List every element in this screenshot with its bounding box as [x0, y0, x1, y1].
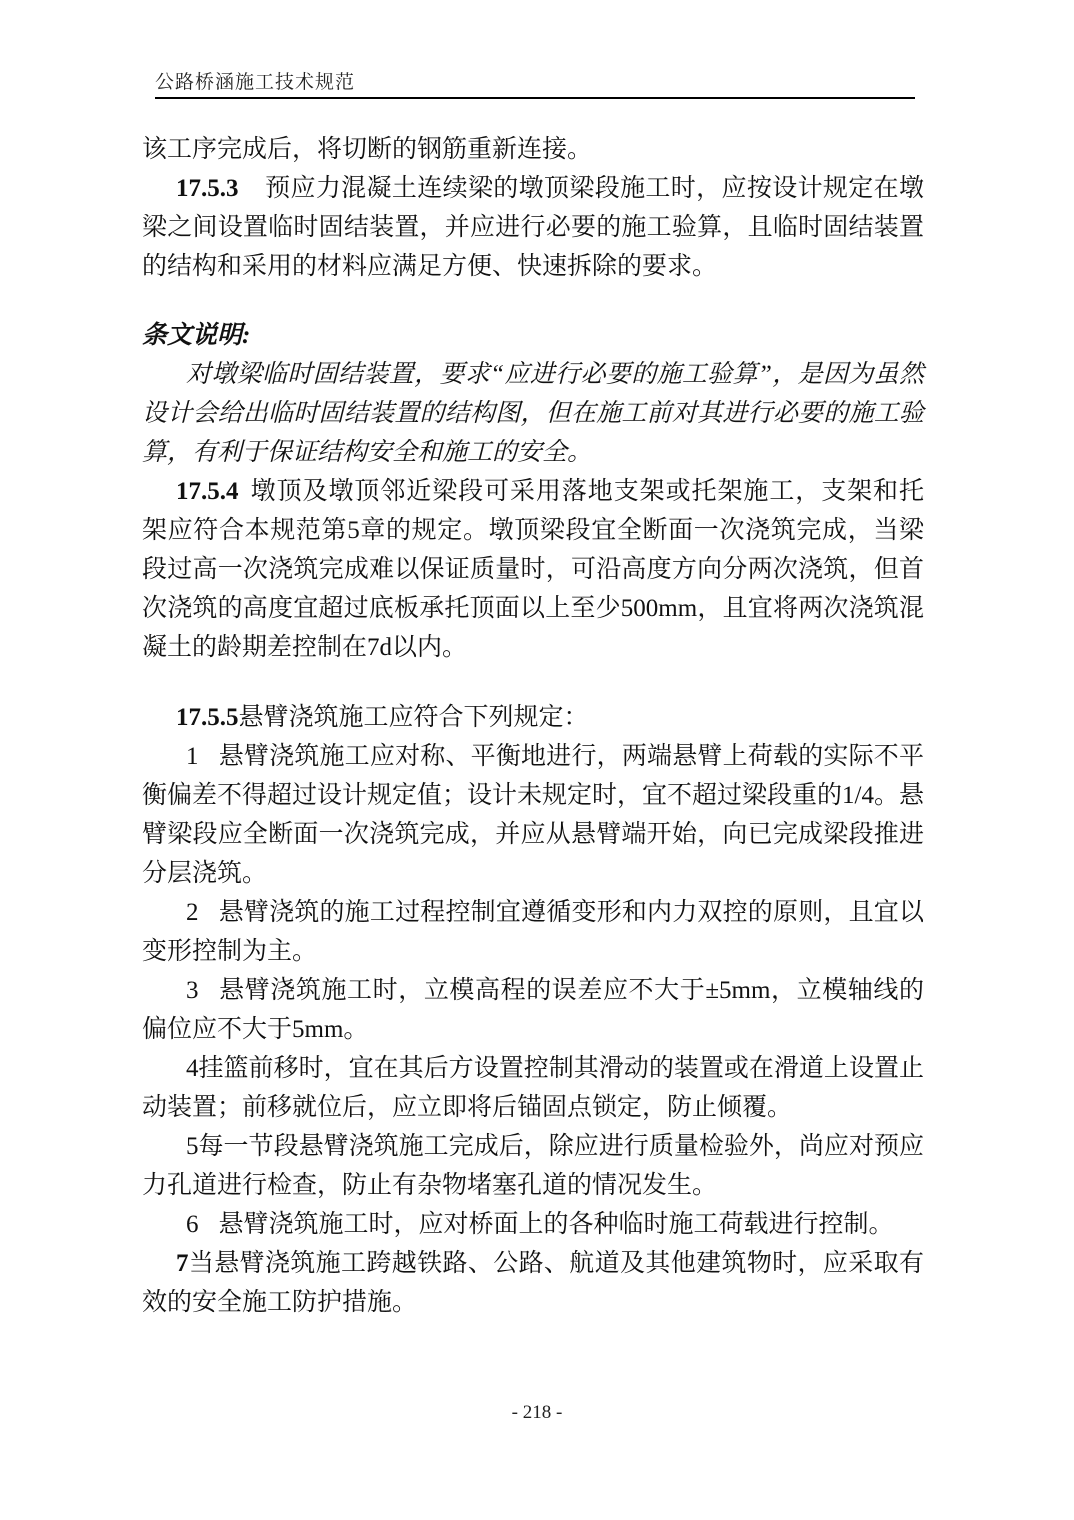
clause-17-5-3-text: 预应力混凝土连续梁的墩顶梁段施工时，应按设计规定在墩梁之间设置临时固结装置，并应…	[142, 175, 924, 280]
clause-17-5-4-number: 17.5.4	[176, 478, 239, 505]
clause-17-5-5-heading: 17.5.5悬臂浇筑施工应符合下列规定：	[142, 698, 924, 737]
running-header: 公路桥涵施工技术规范	[155, 72, 915, 99]
clause-17-5-3-number: 17.5.3	[176, 175, 239, 202]
list-item-5-text: 每一节段悬臂浇筑施工完成后，除应进行质量检验外，尚应对预应力孔道进行检查，防止有…	[142, 1133, 924, 1199]
commentary-text: 对墩梁临时固结装置，要求“应进行必要的施工验算”，是因为虽然设计会给出临时固结装…	[142, 355, 924, 472]
clause-17-5-5-number: 17.5.5	[176, 704, 239, 731]
list-item-4-text: 挂篮前移时，宜在其后方设置控制其滑动的装置或在滑道上设置止动装置；前移就位后，应…	[142, 1055, 924, 1121]
list-item-1-text: 悬臂浇筑施工应对称、平衡地进行，两端悬臂上荷载的实际不平衡偏差不得超过设计规定值…	[142, 743, 924, 887]
page-footer: - 218 -	[0, 1402, 1074, 1424]
clause-17-5-5-title: 悬臂浇筑施工应符合下列规定：	[239, 704, 589, 731]
page-number: - 218 -	[512, 1402, 563, 1423]
list-item-7-text: 当悬臂浇筑施工跨越铁路、公路、航道及其他建筑物时，应采取有效的安全施工防护措施。	[142, 1250, 924, 1316]
clause-17-5-4-text: 墩顶及墩顶邻近梁段可采用落地支架或托架施工，支架和托架应符合本规范第5章的规定。…	[142, 478, 924, 661]
list-item-6-number: 6	[186, 1211, 199, 1238]
list-item-2-text: 悬臂浇筑的施工过程控制宜遵循变形和内力双控的原则，且宜以变形控制为主。	[142, 899, 924, 965]
list-item-1: 1悬臂浇筑施工应对称、平衡地进行，两端悬臂上荷载的实际不平衡偏差不得超过设计规定…	[142, 737, 924, 893]
list-item-2-number: 2	[186, 899, 199, 926]
list-item-5-number: 5	[186, 1133, 199, 1160]
list-item-6: 6悬臂浇筑施工时，应对桥面上的各种临时施工荷载进行控制。	[142, 1205, 924, 1244]
list-item-7-number: 7	[176, 1250, 189, 1277]
clause-17-5-4: 17.5.4墩顶及墩顶邻近梁段可采用落地支架或托架施工，支架和托架应符合本规范第…	[142, 472, 924, 667]
list-item-3-text: 悬臂浇筑施工时，立模高程的误差应不大于±5mm，立模轴线的偏位应不大于5mm。	[142, 977, 924, 1043]
list-item-6-text: 悬臂浇筑施工时，应对桥面上的各种临时施工荷载进行控制。	[219, 1211, 894, 1238]
paragraph-intro: 该工序完成后，将切断的钢筋重新连接。	[142, 130, 924, 169]
list-item-5: 5每一节段悬臂浇筑施工完成后，除应进行质量检验外，尚应对预应力孔道进行检查，防止…	[142, 1127, 924, 1205]
list-item-1-number: 1	[186, 743, 199, 770]
list-item-2: 2悬臂浇筑的施工过程控制宜遵循变形和内力双控的原则，且宜以变形控制为主。	[142, 893, 924, 971]
document-body: 该工序完成后，将切断的钢筋重新连接。 17.5.3预应力混凝土连续梁的墩顶梁段施…	[142, 130, 924, 1322]
document-page: 公路桥涵施工技术规范 该工序完成后，将切断的钢筋重新连接。 17.5.3预应力混…	[0, 0, 1074, 1520]
clause-17-5-5: 17.5.5悬臂浇筑施工应符合下列规定： 1悬臂浇筑施工应对称、平衡地进行，两端…	[142, 698, 924, 1322]
commentary-heading: 条文说明:	[142, 316, 924, 355]
document-title: 公路桥涵施工技术规范	[155, 72, 355, 93]
list-item-4: 4挂篮前移时，宜在其后方设置控制其滑动的装置或在滑道上设置止动装置；前移就位后，…	[142, 1049, 924, 1127]
list-item-7: 7当悬臂浇筑施工跨越铁路、公路、航道及其他建筑物时，应采取有效的安全施工防护措施…	[142, 1244, 924, 1322]
list-item-3: 3悬臂浇筑施工时，立模高程的误差应不大于±5mm，立模轴线的偏位应不大于5mm。	[142, 971, 924, 1049]
list-item-3-number: 3	[186, 977, 199, 1004]
clause-17-5-3: 17.5.3预应力混凝土连续梁的墩顶梁段施工时，应按设计规定在墩梁之间设置临时固…	[142, 169, 924, 286]
commentary-section: 条文说明: 对墩梁临时固结装置，要求“应进行必要的施工验算”，是因为虽然设计会给…	[142, 316, 924, 472]
list-item-4-number: 4	[186, 1055, 199, 1082]
